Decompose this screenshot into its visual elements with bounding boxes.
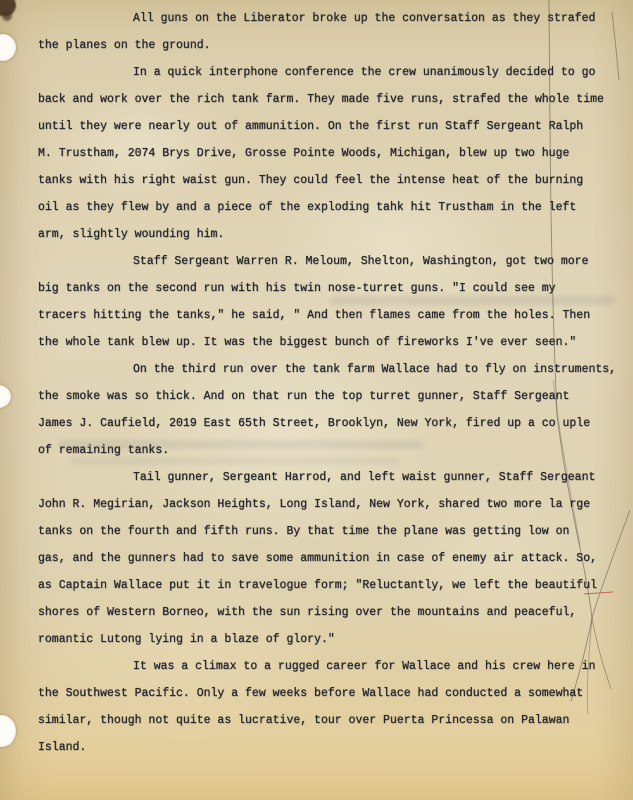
document-body: All guns on the Liberator broke up the c… (38, 5, 613, 761)
text-line: It was a climax to a rugged career for W… (38, 653, 613, 680)
text-line: John R. Megirian, Jackson Heights, Long … (38, 491, 613, 518)
corner-stain-small (2, 10, 12, 21)
text-line: until they were nearly out of ammunition… (38, 113, 613, 140)
punch-hole-bottom (0, 715, 16, 747)
text-line: tanks on the fourth and fifth runs. By t… (38, 518, 613, 545)
text-line: tanks with his right waist gun. They cou… (38, 167, 613, 194)
document-page: All guns on the Liberator broke up the c… (0, 0, 633, 800)
text-line: In a quick interphone conference the cre… (38, 59, 613, 86)
text-line: the planes on the ground. (38, 32, 613, 59)
text-line: gas, and the gunners had to save some am… (38, 545, 613, 572)
text-line: Staff Sergeant Warren R. Meloum, Shelton… (38, 248, 613, 275)
text-line: back and work over the rich tank farm. T… (38, 86, 613, 113)
text-line: All guns on the Liberator broke up the c… (38, 5, 613, 32)
text-line: On the third run over the tank farm Wall… (38, 356, 613, 383)
text-line: Tail gunner, Sergeant Harrod, and left w… (38, 464, 613, 491)
text-line: oil as they flew by and a piece of the e… (38, 194, 613, 221)
text-line: shores of Western Borneo, with the sun r… (38, 599, 613, 626)
punch-hole-middle (0, 385, 11, 408)
text-line: tracers hitting the tanks," he said, " A… (38, 302, 613, 329)
text-line: the smoke was so thick. And on that run … (38, 383, 613, 410)
text-line: arm, slightly wounding him. (38, 221, 613, 248)
text-line: similar, though not quite as lucrative, … (38, 707, 613, 734)
text-line: Island. (38, 734, 613, 761)
text-line: the Southwest Pacific. Only a few weeks … (38, 680, 613, 707)
text-line: of remaining tanks. (38, 437, 613, 464)
punch-hole-top (0, 34, 16, 61)
text-line: romantic Lutong lying in a blaze of glor… (38, 626, 613, 653)
text-line: the whole tank blew up. It was the bigge… (38, 329, 613, 356)
text-line: M. Trustham, 2074 Brys Drive, Grosse Poi… (38, 140, 613, 167)
text-line: as Captain Wallace put it in travelogue … (38, 572, 613, 599)
text-line: big tanks on the second run with his twi… (38, 275, 613, 302)
text-line: James J. Caufield, 2019 East 65th Street… (38, 410, 613, 437)
